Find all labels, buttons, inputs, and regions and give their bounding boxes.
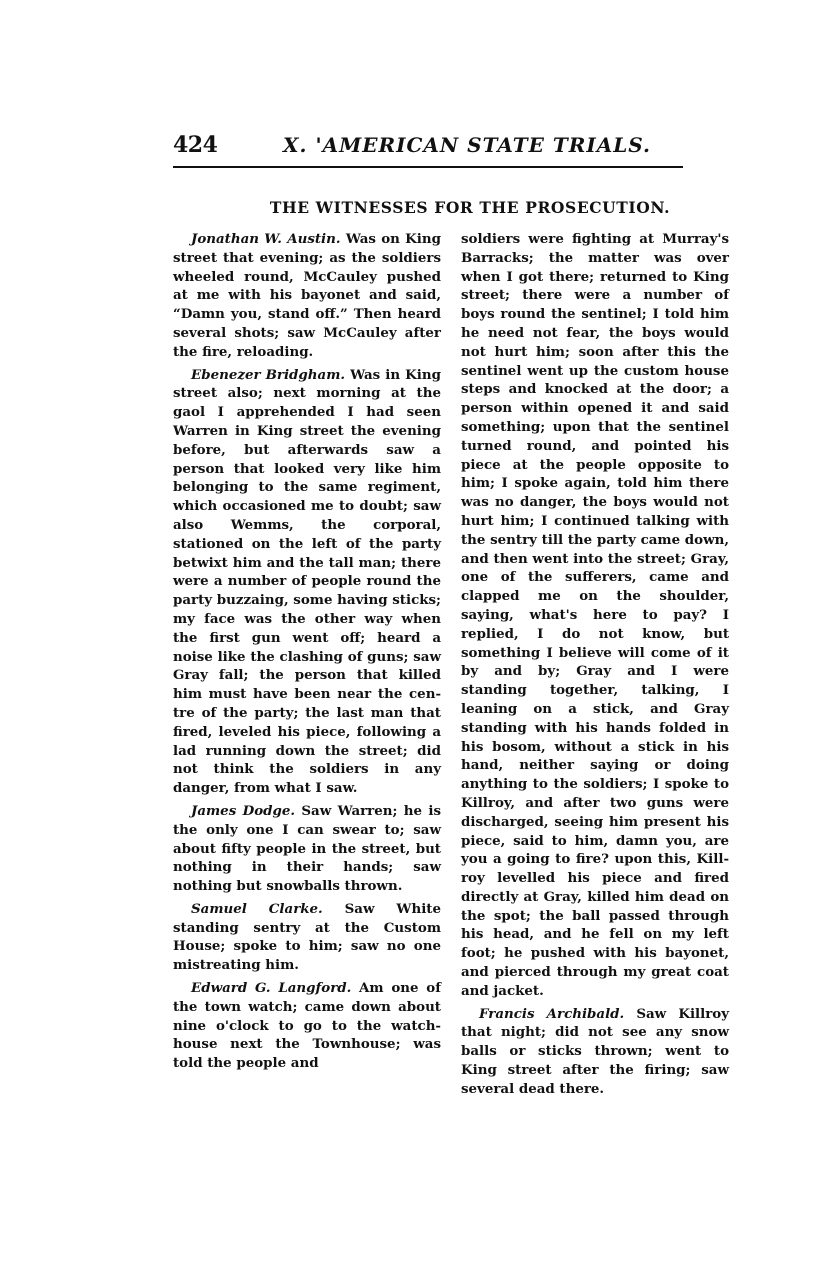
testimony-paragraph: Samuel Clarke. Saw White standing sentry… (173, 900, 441, 975)
book-page: 424 X. 'AMERICAN STATE TRIALS. THE WITNE… (0, 0, 836, 1284)
witness-name: James Dodge. (191, 803, 295, 819)
witness-name: Samuel Clarke. (191, 901, 323, 917)
right-column: soldiers were fighting at Mur­ray's Barr… (461, 230, 729, 1103)
testimony-paragraph: Jonathan W. Austin. Was on King street t… (173, 230, 441, 362)
witness-name: Ebenezer Bridgham. (191, 367, 345, 383)
testimony-paragraph: Francis Archibald. Saw Kill­roy that nig… (461, 1005, 729, 1099)
testimony-paragraph: Edward G. Langford. Am one of the town w… (173, 979, 441, 1073)
witness-name: Francis Archibald. (479, 1006, 624, 1022)
testimony-text: Was on King street that evening; as the … (173, 231, 441, 360)
testimony-paragraph: James Dodge. Saw Warren; he is the only … (173, 802, 441, 896)
header-rule (173, 166, 683, 168)
section-title: THE WITNESSES FOR THE PROSECUTION. (173, 198, 727, 217)
testimony-paragraph: Ebenezer Bridgham. Was in King street al… (173, 366, 441, 798)
witness-name: Jonathan W. Austin. (191, 231, 341, 247)
page-number: 424 (173, 132, 217, 158)
witness-name: Edward G. Langford. (191, 980, 351, 996)
left-column: Jonathan W. Austin. Was on King street t… (173, 230, 441, 1077)
testimony-continuation: soldiers were fighting at Mur­ray's Barr… (461, 230, 729, 1001)
running-head: 424 X. 'AMERICAN STATE TRIALS. (173, 132, 681, 162)
testimony-text: Was in King street also; next morning at… (173, 367, 441, 797)
running-title: X. 'AMERICAN STATE TRIALS. (283, 133, 651, 157)
